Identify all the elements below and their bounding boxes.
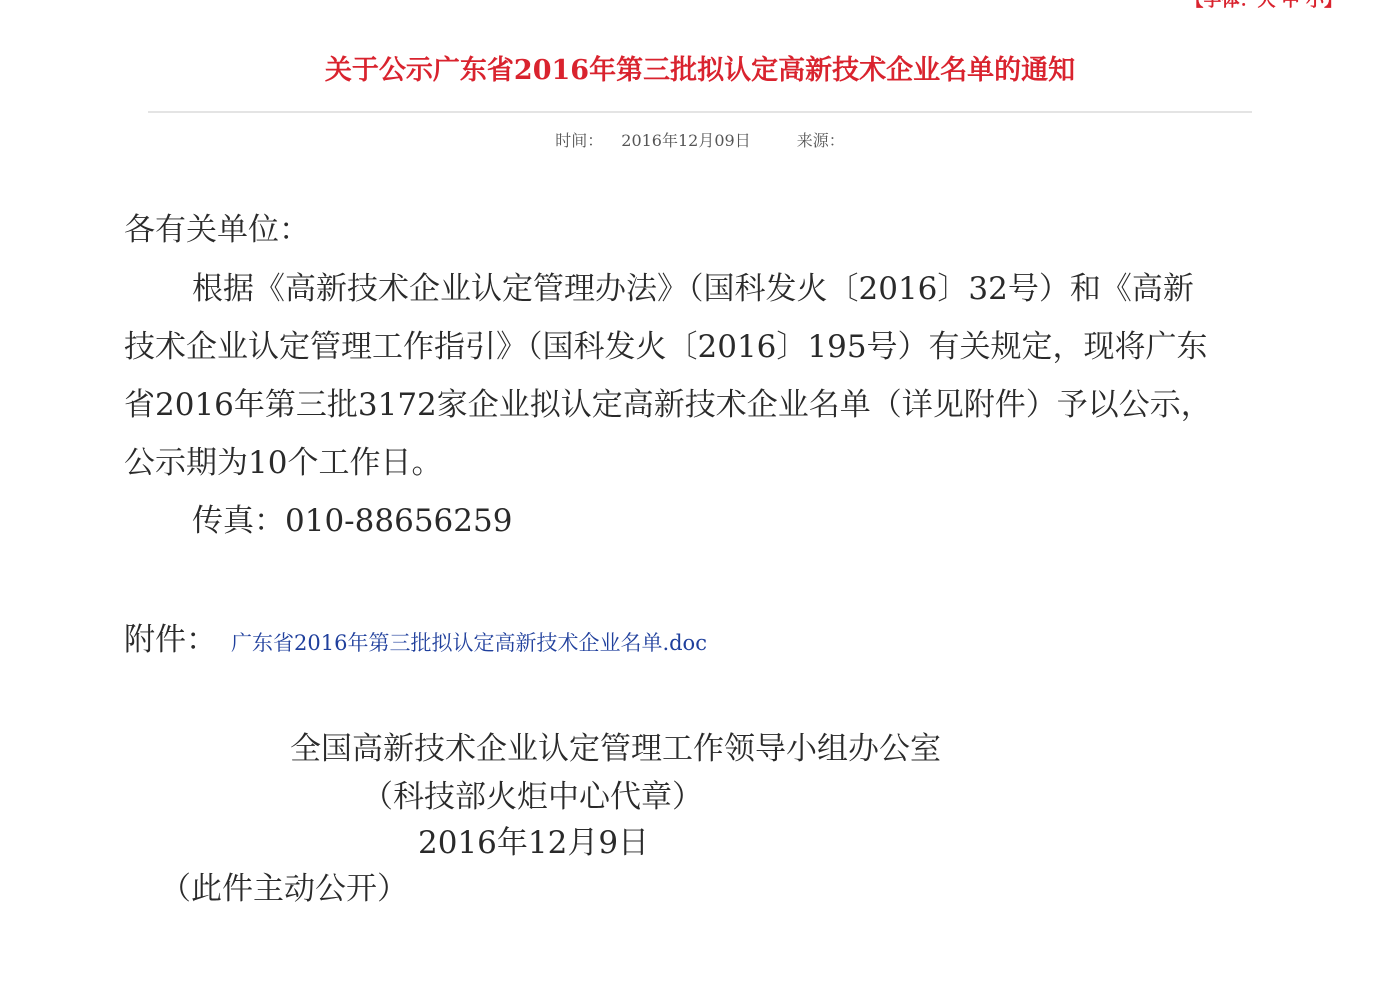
fax-line: 传真：010-88656259 [192, 492, 512, 551]
signature-date: 2016年12月9日 [418, 817, 649, 862]
page-title: 关于公示广东省2016年第三批拟认定高新技术企业名单的通知 [0, 48, 1400, 87]
attachment-label: 附件： [124, 622, 217, 658]
attachment-download-link[interactable]: 广东省2016年第三批拟认定高新技术企业名单.doc [231, 631, 707, 655]
signature-organization: 全国高新技术企业认定管理工作领导小组办公室 [290, 723, 941, 768]
article-meta: 时间：2016年12月09日来源： [0, 128, 1400, 151]
title-divider [148, 111, 1252, 113]
attachment-row: 附件：广东省2016年第三批拟认定高新技术企业名单.doc [124, 614, 707, 659]
paragraph-line: 技术企业认定管理工作指引》（国科发火〔2016〕195号）有关规定，现将广东 [124, 318, 1208, 377]
salutation: 各有关单位： [124, 201, 310, 260]
paragraph-line: 根据《高新技术企业认定管理办法》（国科发火〔2016〕32号）和《高新 [192, 260, 1194, 319]
time-label: 时间： [555, 128, 603, 151]
paragraph-line: 公示期为10个工作日。 [124, 434, 442, 493]
signature-seal-note: （科技部火炬中心代章） [362, 771, 703, 816]
source-label: 来源： [797, 128, 845, 151]
font-size-controls-fragment: 【字体：大 中 小】 [1185, 0, 1342, 12]
disclosure-note: （此件主动公开） [160, 863, 408, 908]
publish-date: 2016年12月09日 [621, 128, 750, 151]
paragraph-line: 省2016年第三批3172家企业拟认定高新技术企业名单（详见附件）予以公示， [124, 376, 1212, 435]
